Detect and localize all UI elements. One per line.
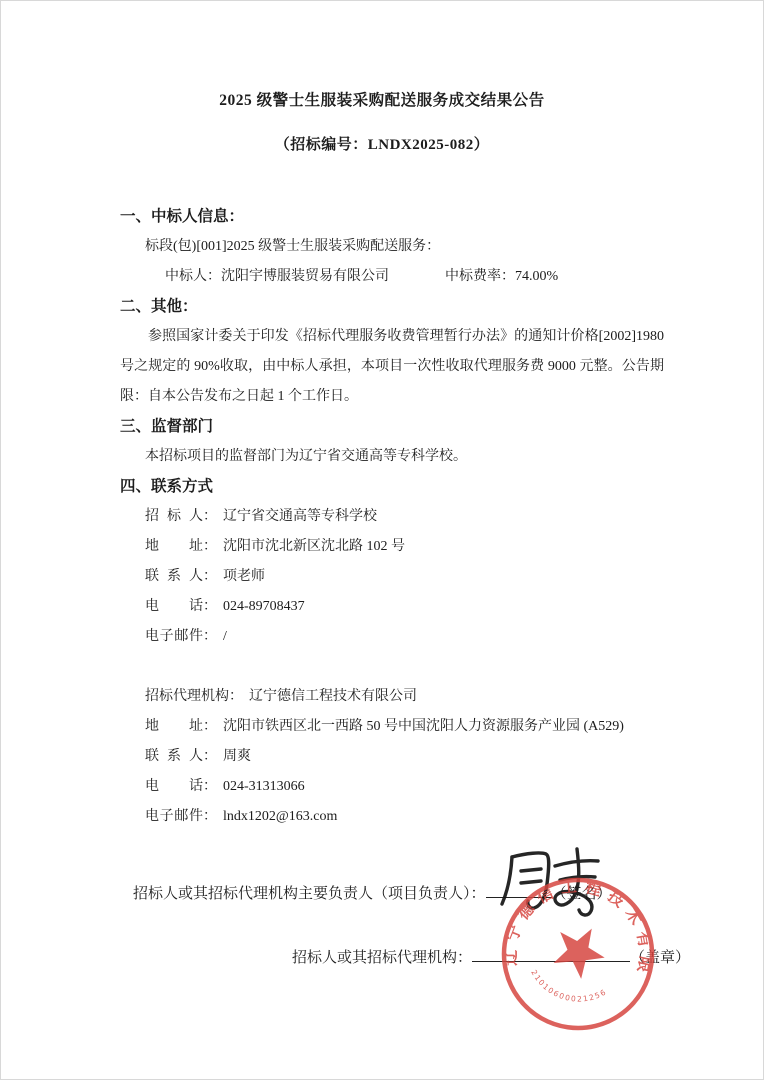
organization-label: 招标人或其招标代理机构： bbox=[292, 950, 472, 966]
tenderer-email-label: 电子邮件 bbox=[145, 622, 203, 652]
winner-value: 沈阳宇博服装贸易有限公司 bbox=[221, 269, 389, 284]
section-2-heading: 二、其他： bbox=[120, 292, 664, 322]
tenderer-email-row: 电子邮件：/ bbox=[120, 622, 664, 652]
document-page: 2025 级警士生服装采购配送服务成交结果公告 （招标编号：LNDX2025-0… bbox=[0, 0, 764, 1080]
section-2-paragraph: 参照国家计委关于印发《招标代理服务收费管理暂行办法》的通知计价格[2002]19… bbox=[120, 322, 664, 412]
agency-phone-label: 电话 bbox=[145, 772, 203, 802]
colon: ： bbox=[203, 569, 217, 584]
lot-line: 标段(包)[001]2025 级警士生服装采购配送服务： bbox=[120, 232, 664, 262]
tenderer-phone-row: 电话：024-89708437 bbox=[120, 592, 664, 622]
tenderer-name-value: 辽宁省交通高等专科学校 bbox=[217, 509, 377, 524]
company-seal: 辽宁德信工程技术有限公司 21010600021256 bbox=[488, 864, 669, 1045]
tenderer-phone-value: 024-89708437 bbox=[217, 599, 305, 614]
agency-phone-row: 电话：024-31313066 bbox=[120, 772, 664, 802]
seal-number-text: 21010600021256 bbox=[526, 967, 611, 1008]
tenderer-address-row: 地址：沈阳市沈北新区沈北路 102 号 bbox=[120, 532, 664, 562]
colon: ： bbox=[203, 599, 217, 614]
colon: ： bbox=[207, 269, 221, 284]
agency-name-value: 辽宁德信工程技术有限公司 bbox=[243, 689, 417, 704]
colon: ： bbox=[501, 269, 515, 284]
tenderer-address-label: 地址 bbox=[145, 532, 203, 562]
colon: ： bbox=[229, 689, 243, 704]
agency-name-row: 招标代理机构：辽宁德信工程技术有限公司 bbox=[120, 682, 664, 712]
agency-name-label: 招标代理机构 bbox=[145, 682, 229, 712]
agency-contact-row: 联系人：周爽 bbox=[120, 742, 664, 772]
agency-phone-value: 024-31313066 bbox=[217, 779, 305, 794]
tenderer-name-label: 招标人 bbox=[145, 502, 203, 532]
section-3-paragraph: 本招标项目的监督部门为辽宁省交通高等专科学校。 bbox=[120, 442, 664, 472]
tenderer-contact-label: 联系人 bbox=[145, 562, 203, 592]
agency-email-value: lndx1202@163.com bbox=[217, 809, 337, 824]
tenderer-contact-row: 联系人：项老师 bbox=[120, 562, 664, 592]
tenderer-address-value: 沈阳市沈北新区沈北路 102 号 bbox=[217, 539, 405, 554]
rate-value: 74.00% bbox=[515, 269, 558, 284]
responsible-person-label: 招标人或其招标代理机构主要负责人（项目负责人）： bbox=[133, 886, 486, 902]
agency-contact-value: 周爽 bbox=[217, 749, 251, 764]
colon: ： bbox=[203, 719, 217, 734]
colon: ： bbox=[203, 809, 217, 824]
agency-address-value: 沈阳市铁西区北一西路 50 号中国沈阳人力资源服务产业园 (A529) bbox=[217, 719, 624, 734]
section-1-heading: 一、中标人信息： bbox=[120, 202, 664, 232]
section-4-heading: 四、联系方式 bbox=[120, 472, 664, 502]
colon: ： bbox=[203, 509, 217, 524]
colon: ： bbox=[203, 539, 217, 554]
tenderer-name-row: 招标人：辽宁省交通高等专科学校 bbox=[120, 502, 664, 532]
colon: ： bbox=[203, 749, 217, 764]
agency-address-row: 地址：沈阳市铁西区北一西路 50 号中国沈阳人力资源服务产业园 (A529) bbox=[120, 712, 664, 742]
tender-number-subtitle: （招标编号：LNDX2025-082） bbox=[0, 134, 764, 156]
agency-email-row: 电子邮件：lndx1202@163.com bbox=[120, 802, 664, 832]
document-title: 2025 级警士生服装采购配送服务成交结果公告 bbox=[0, 0, 764, 112]
tenderer-contact-value: 项老师 bbox=[217, 569, 265, 584]
agency-contact-label: 联系人 bbox=[145, 742, 203, 772]
winner-line: 中标人：沈阳宇博服装贸易有限公司中标费率：74.00% bbox=[120, 262, 664, 292]
agency-email-label: 电子邮件 bbox=[145, 802, 203, 832]
colon: ： bbox=[203, 779, 217, 794]
agency-address-label: 地址 bbox=[145, 712, 203, 742]
document-body: 一、中标人信息： 标段(包)[001]2025 级警士生服装采购配送服务： 中标… bbox=[120, 202, 664, 832]
winner-label: 中标人 bbox=[165, 269, 207, 284]
section-3-heading: 三、监督部门 bbox=[120, 412, 664, 442]
tenderer-email-value: / bbox=[217, 629, 227, 644]
seal-star-icon bbox=[545, 916, 614, 984]
tenderer-phone-label: 电话 bbox=[145, 592, 203, 622]
colon: ： bbox=[203, 629, 217, 644]
spacer bbox=[120, 652, 664, 682]
rate-label: 中标费率 bbox=[445, 269, 501, 284]
